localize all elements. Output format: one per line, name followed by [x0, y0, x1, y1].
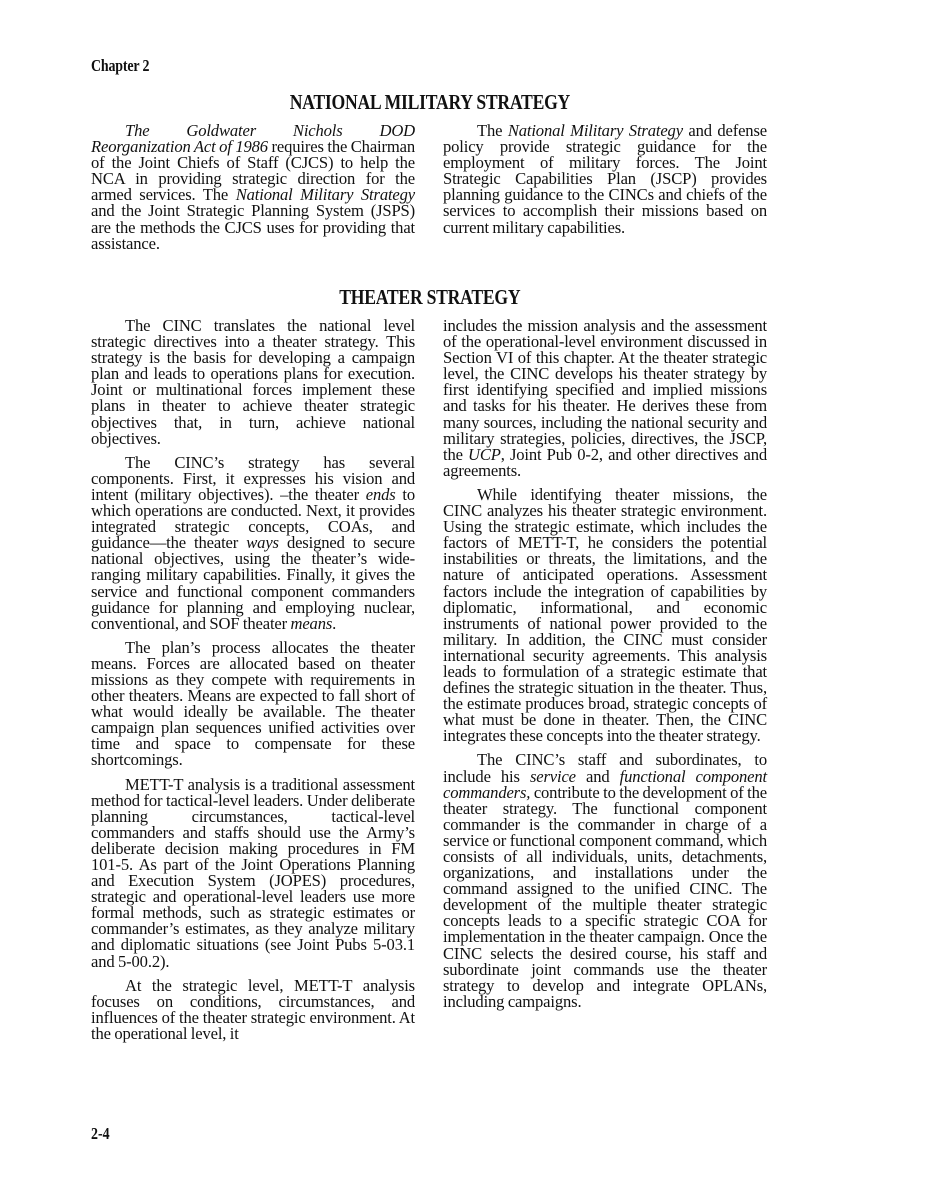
chapter-label: Chapter 2 [91, 56, 149, 76]
text-run: contribute to the development of the the… [443, 783, 767, 1011]
ts-right-column: includes the mission analysis and the as… [443, 318, 767, 1018]
nms-right-column: The National Military Strategy and defen… [443, 123, 767, 244]
paragraph: The National Military Strategy and defen… [443, 123, 767, 236]
paragraph: The CINC’s staff and subordinates, to in… [443, 752, 767, 1010]
italic-text: means [291, 614, 333, 633]
text-run: METT-T analysis is a traditional assessm… [91, 775, 415, 971]
text-run: and defense policy provide strategic gui… [443, 121, 767, 237]
section-title: THEATER STRATEGY [339, 285, 520, 310]
text-run: and the Joint Strategic Planning System … [91, 201, 415, 252]
paragraph: The plan’s process allocates the theater… [91, 640, 415, 769]
section-heading-national-military-strategy: NATIONAL MILITARY STRATEGY [91, 90, 768, 115]
section-title: NATIONAL MILITARY STRATEGY [289, 90, 569, 115]
paragraph: At the strategic level, METT-T analysis … [91, 978, 415, 1042]
paragraph: The CINC translates the national level s… [91, 318, 415, 447]
paragraph: While identifying theater missions, the … [443, 487, 767, 745]
text-run: At the strategic level, METT-T analysis … [91, 976, 415, 1043]
paragraph: includes the mission analysis and the as… [443, 318, 767, 479]
text-run: . [332, 614, 336, 633]
ts-left-column: The CINC translates the national level s… [91, 318, 415, 1050]
text-run: includes the mission analysis and the as… [443, 316, 767, 464]
nms-left-column: The Goldwater Nichols DOD Reorganization… [91, 123, 415, 260]
paragraph: The CINC’s strategy has several componen… [91, 455, 415, 632]
text-run: The CINC translates the national level s… [91, 316, 415, 448]
page-number: 2-4 [91, 1124, 110, 1144]
section-heading-theater-strategy: THEATER STRATEGY [91, 285, 768, 310]
paragraph: METT-T analysis is a traditional assessm… [91, 777, 415, 970]
text-run: While identifying theater missions, the … [443, 485, 767, 745]
paragraph: The Goldwater Nichols DOD Reorganization… [91, 123, 415, 252]
text-run: The plan’s process allocates the theater… [91, 638, 415, 770]
